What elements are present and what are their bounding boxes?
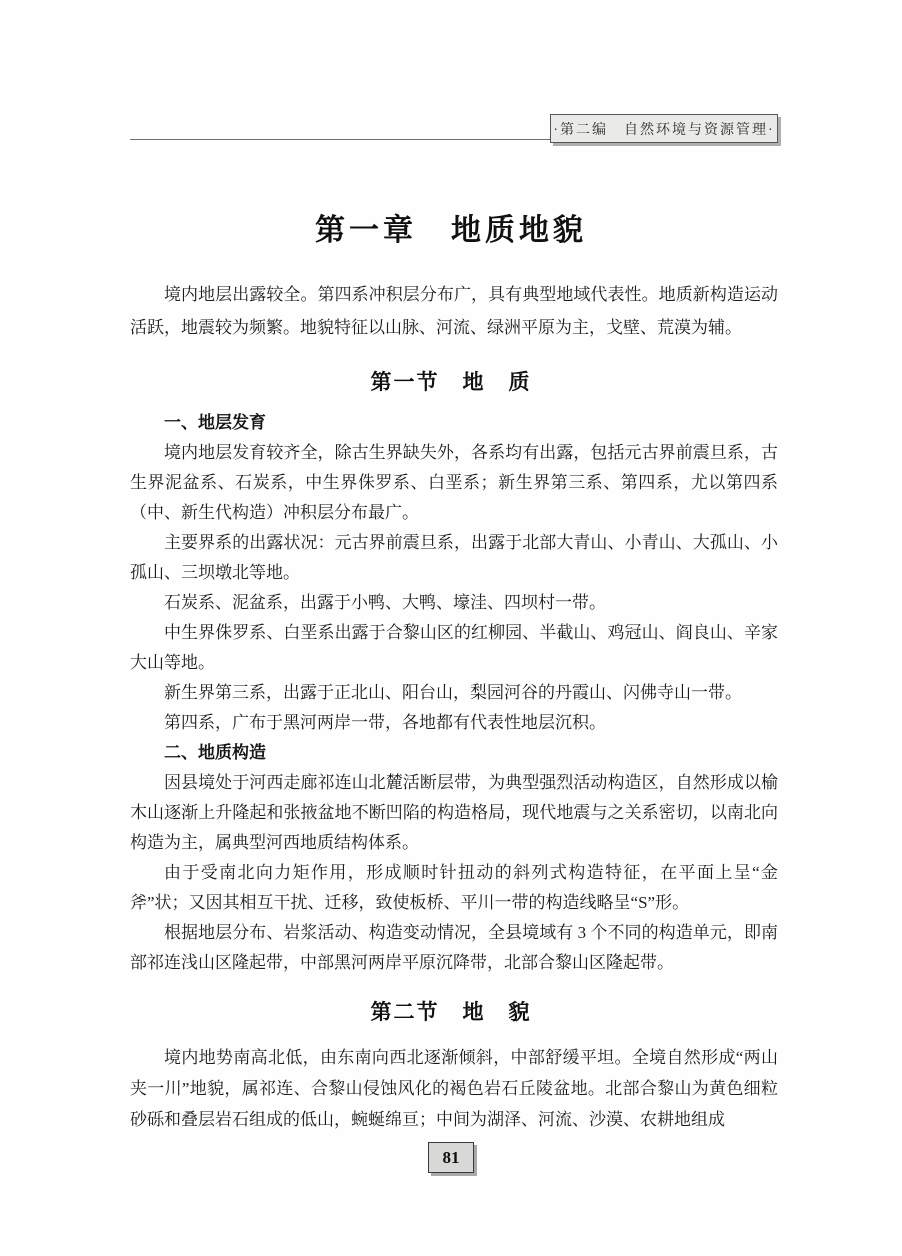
page-number-box: 81 [428, 1142, 474, 1173]
chapter-title: 第一章 地质地貌 [0, 205, 902, 249]
body-paragraph: 由于受南北向力矩作用，形成顺时针扭动的斜列式构造特征，在平面上呈“金斧”状；又因… [130, 858, 778, 918]
body-paragraph: 第四系，广布于黑河两岸一带，各地都有代表性地层沉积。 [130, 708, 778, 738]
body-paragraph: 境内地势南高北低，由东南向西北逐渐倾斜，中部舒缓平坦。全境自然形成“两山夹一川”… [130, 1042, 778, 1135]
body-paragraph: 新生界第三系，出露于正北山、阳台山，梨园河谷的丹霞山、闪佛寺山一带。 [130, 678, 778, 708]
section-body-geology: 一、地层发育 境内地层发育较齐全，除古生界缺失外，各系均有出露，包括元古界前震旦… [130, 408, 778, 978]
body-paragraph: 主要界系的出露状况：元古界前震旦系，出露于北部大青山、小青山、大孤山、小孤山、三… [130, 528, 778, 588]
subsection-heading-strata: 一、地层发育 [130, 408, 778, 438]
section-body-landform: 境内地势南高北低，由东南向西北逐渐倾斜，中部舒缓平坦。全境自然形成“两山夹一川”… [130, 1042, 778, 1135]
body-paragraph: 中生界侏罗系、白垩系出露于合黎山区的红柳园、半截山、鸡冠山、阎良山、辛家大山等地… [130, 618, 778, 678]
body-paragraph: 境内地层发育较齐全，除古生界缺失外，各系均有出露，包括元古界前震旦系，古生界泥盆… [130, 438, 778, 528]
page-number: 81 [443, 1148, 460, 1168]
subsection-heading-structure: 二、地质构造 [130, 738, 778, 768]
running-head-box: ·第二编 自然环境与资源管理· [550, 114, 778, 143]
body-paragraph: 根据地层分布、岩浆活动、构造变动情况，全县境域有 3 个不同的构造单元，即南部祁… [130, 918, 778, 978]
section-title-geology: 第一节 地 质 [0, 366, 902, 396]
body-paragraph: 石炭系、泥盆系，出露于小鸭、大鸭、壕洼、四坝村一带。 [130, 588, 778, 618]
book-page: ·第二编 自然环境与资源管理· 第一章 地质地貌 境内地层出露较全。第四系冲积层… [0, 0, 902, 1256]
body-paragraph: 因县境处于河西走廊祁连山北麓活断层带，为典型强烈活动构造区，自然形成以榆木山逐渐… [130, 768, 778, 858]
intro-paragraph: 境内地层出露较全。第四系冲积层分布广，具有典型地域代表性。地质新构造运动活跃，地… [130, 278, 778, 344]
running-head-label: ·第二编 自然环境与资源管理· [553, 119, 774, 139]
section-title-landform: 第二节 地 貌 [0, 996, 902, 1026]
